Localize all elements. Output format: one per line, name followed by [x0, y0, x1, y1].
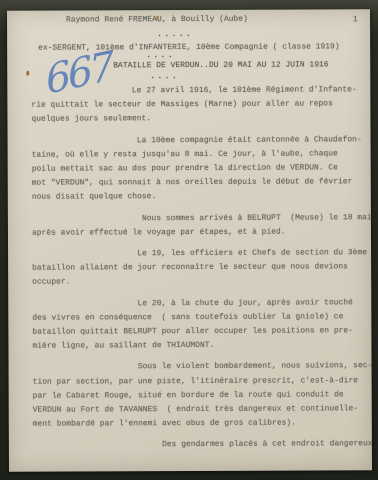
separator-dots: ....	[150, 72, 179, 81]
unit-line: ex-SERGENT, 101ème d'INFANTERIE, 10ème C…	[38, 42, 340, 52]
paragraph: La 10ème compagnie était cantonnée à Cha…	[32, 133, 372, 205]
paragraph: Des gendarmes placés à cet endroit dange…	[33, 438, 373, 454]
document-body: Le 27 avril 1916, le 101ème Régiment d'I…	[31, 83, 373, 460]
paper-stain	[26, 71, 29, 76]
scanned-document-page: 667 Raymond René FREMEAU, à Bouilly (Aub…	[7, 9, 372, 472]
author-line: Raymond René FREMEAU, à Bouilly (Aube)	[66, 15, 248, 25]
paragraph: Le 27 avril 1916, le 101ème Régiment d'I…	[31, 83, 371, 127]
paragraph: Sous le violent bombardement, nous suivi…	[33, 360, 373, 432]
paragraph: Nous sommes arrivés à BELRUPT (Meuse) le…	[32, 211, 372, 241]
document-title: BATAILLE DE VERDUN..DU 20 MAI AU 12 JUIN…	[113, 60, 328, 70]
page-number: 1	[353, 15, 358, 24]
separator-dots: ....	[146, 51, 175, 60]
paragraph: Le 20, à la chute du jour, après avoir t…	[32, 296, 372, 354]
separator-dots: .....	[157, 30, 193, 39]
paragraph: Le 19, les officiers et Chefs de section…	[32, 246, 372, 290]
